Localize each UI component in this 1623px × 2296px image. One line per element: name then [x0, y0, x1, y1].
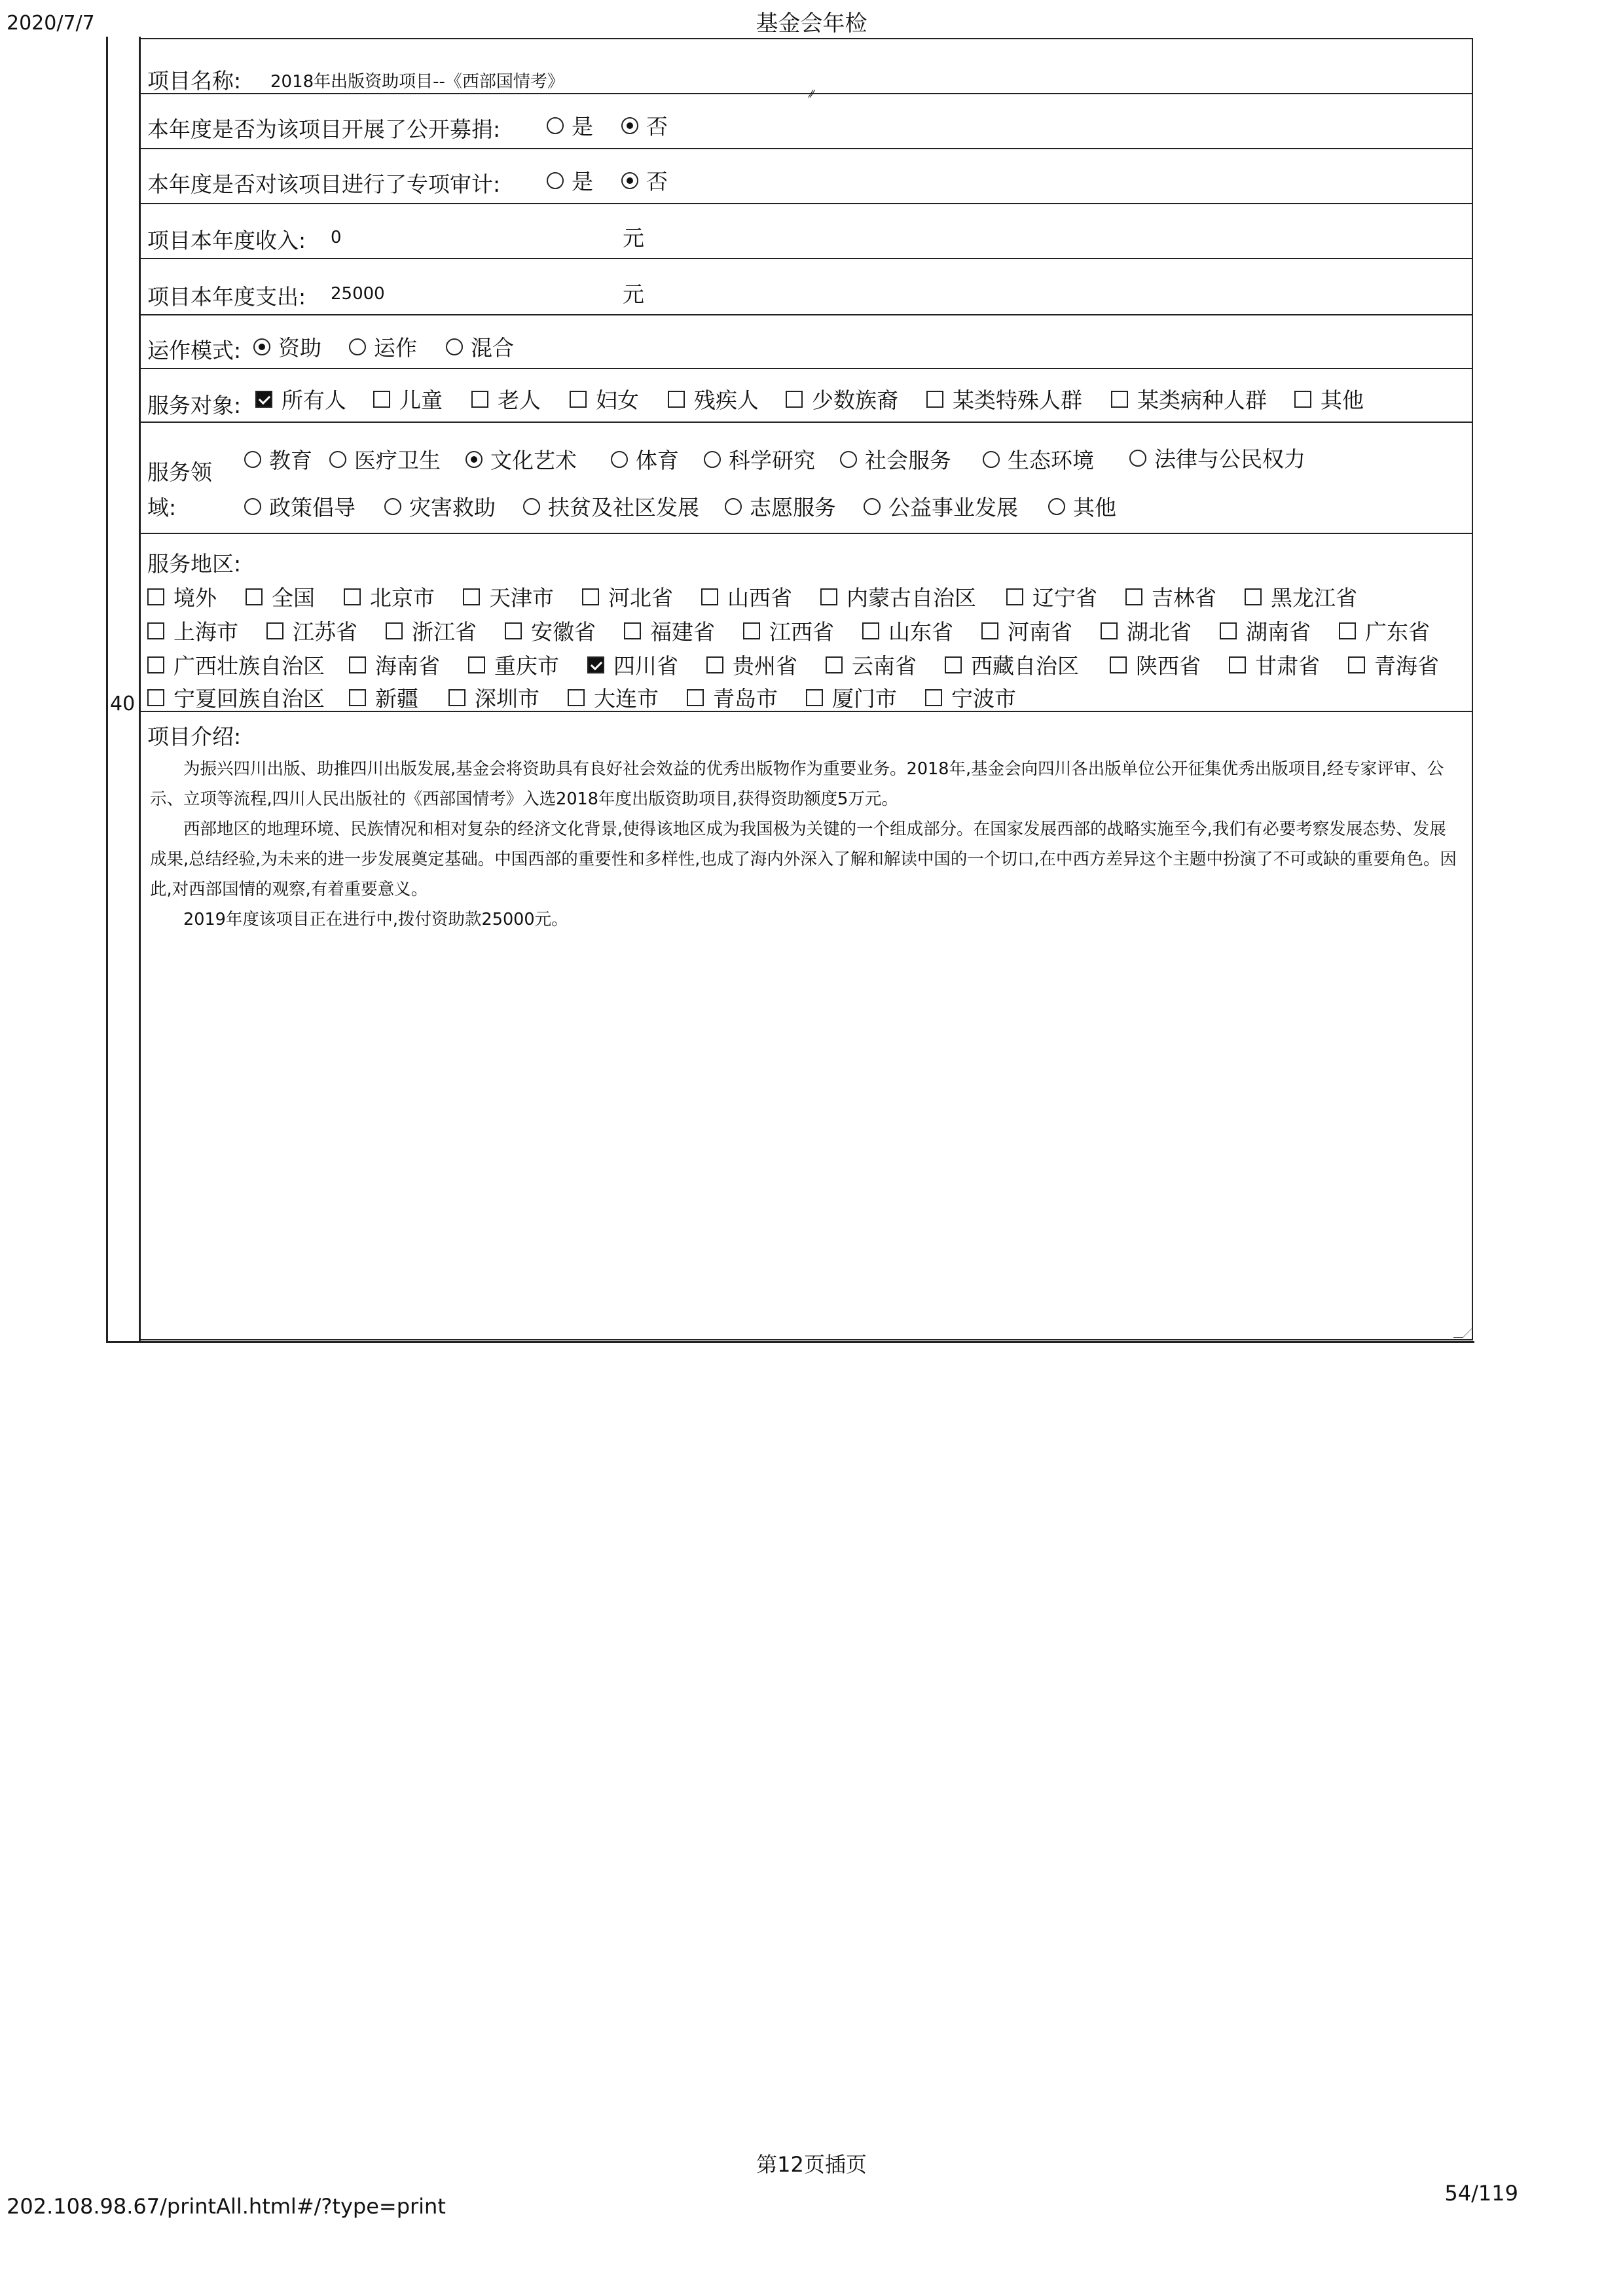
checkbox-xiamen[interactable]: 厦门市	[806, 682, 897, 713]
checkbox-icon	[468, 656, 485, 673]
checkbox-icon	[1229, 656, 1246, 673]
checkbox-nationwide[interactable]: 全国	[246, 581, 315, 612]
radio-education[interactable]: 教育	[244, 444, 312, 475]
project-name-label: 项目名称:	[147, 64, 241, 95]
introduction-row: 项目介绍: 为振兴四川出版、助推四川出版发展,基金会将资助具有良好社会效益的优秀…	[141, 712, 1472, 1340]
resize-handle-icon[interactable]	[1453, 1328, 1473, 1338]
checkbox-icon	[471, 391, 488, 408]
bottom-border	[106, 1341, 1474, 1343]
radio-icon	[1048, 498, 1065, 515]
checkbox-checked-icon	[255, 391, 272, 408]
checkbox-checked-icon	[587, 656, 604, 673]
outer-border	[106, 37, 108, 1343]
radio-icon	[547, 117, 564, 134]
radio-disaster-relief[interactable]: 灾害救助	[384, 491, 496, 522]
radio-no[interactable]: 否	[621, 110, 668, 141]
checkbox-zhejiang[interactable]: 浙江省	[386, 615, 477, 646]
checkbox-hebei[interactable]: 河北省	[582, 581, 673, 612]
checkbox-inner-mongolia[interactable]: 内蒙古自治区	[820, 581, 976, 612]
checkbox-gansu[interactable]: 甘肃省	[1229, 649, 1320, 680]
checkbox-icon	[624, 622, 641, 639]
service-target-label: 服务对象:	[147, 389, 241, 420]
checkbox-icon	[1110, 656, 1127, 673]
checkbox-anhui[interactable]: 安徽省	[505, 615, 596, 646]
checkbox-shaanxi[interactable]: 陕西省	[1110, 649, 1201, 680]
intro-paragraph: 为振兴四川出版、助推四川出版发展,基金会将资助具有良好社会效益的优秀出版物作为重…	[150, 754, 1459, 814]
expense-row: 项目本年度支出: 25000 元	[141, 259, 1472, 315]
public-fundraising-row: 本年度是否为该项目开展了公开募捐: 是 否	[141, 94, 1472, 149]
checkbox-icon	[349, 689, 366, 706]
radio-icon	[384, 498, 401, 515]
checkbox-icon	[1006, 588, 1023, 605]
checkbox-other[interactable]: 其他	[1294, 384, 1364, 414]
expense-field[interactable]: 25000	[331, 284, 385, 304]
checkbox-icon	[701, 588, 718, 605]
checkbox-special-groups[interactable]: 某类特殊人群	[926, 384, 1082, 414]
checkbox-icon	[862, 622, 879, 639]
income-row: 项目本年度收入: 0 元	[141, 204, 1472, 259]
checkbox-icon	[926, 391, 943, 408]
radio-other[interactable]: 其他	[1048, 491, 1116, 522]
checkbox-ethnic-minorities[interactable]: 少数族裔	[786, 384, 898, 414]
checkbox-icon	[826, 656, 843, 673]
checkbox-guizhou[interactable]: 贵州省	[706, 649, 797, 680]
radio-icon	[983, 451, 1000, 468]
radio-culture-arts[interactable]: 文化艺术	[465, 444, 577, 475]
project-name-row: 项目名称: 2018年出版资助项目--《西部国情考》 ⁄⁄	[141, 39, 1472, 94]
checkbox-ningxia[interactable]: 宁夏回族自治区	[147, 682, 325, 713]
intro-paragraph: 西部地区的地理环境、民族情况和相对复杂的经济文化背景,使得该地区成为我国极为关键…	[150, 814, 1459, 905]
page-url: 202.108.98.67/printAll.html#/?type=print	[7, 2194, 446, 2219]
checkbox-sichuan[interactable]: 四川省	[587, 649, 678, 680]
radio-icon	[244, 498, 261, 515]
checkbox-elderly[interactable]: 老人	[471, 384, 541, 414]
radio-mixed[interactable]: 混合	[446, 331, 514, 362]
operation-mode-row: 运作模式: 资助 运作 混合	[141, 315, 1472, 369]
checkbox-icon	[266, 622, 283, 639]
checkbox-icon	[806, 689, 823, 706]
checkbox-liaoning[interactable]: 辽宁省	[1006, 581, 1097, 612]
checkbox-icon	[568, 689, 585, 706]
checkbox-icon	[386, 622, 403, 639]
special-audit-label: 本年度是否对该项目进行了专项审计:	[147, 168, 500, 198]
checkbox-shanghai[interactable]: 上海市	[147, 615, 238, 646]
checkbox-icon	[1339, 622, 1356, 639]
checkbox-icon	[945, 656, 962, 673]
checkbox-guangdong[interactable]: 广东省	[1339, 615, 1430, 646]
checkbox-disease-groups[interactable]: 某类病种人群	[1111, 384, 1267, 414]
checkbox-icon	[981, 622, 998, 639]
service-target-row: 服务对象: 所有人 儿童 老人 妇女 残疾人 少数族裔 某类特殊人群 某类病种人…	[141, 369, 1472, 423]
checkbox-hubei[interactable]: 湖北省	[1101, 615, 1192, 646]
radio-policy-advocacy[interactable]: 政策倡导	[244, 491, 356, 522]
radio-icon	[611, 451, 628, 468]
checkbox-fujian[interactable]: 福建省	[624, 615, 715, 646]
checkbox-beijing[interactable]: 北京市	[344, 581, 435, 612]
checkbox-disabled[interactable]: 残疾人	[668, 384, 759, 414]
checkbox-icon	[786, 391, 803, 408]
introduction-label: 项目介绍:	[147, 720, 241, 751]
checkbox-icon	[743, 622, 760, 639]
checkbox-qingdao[interactable]: 青岛市	[687, 682, 778, 713]
radio-icon	[840, 451, 857, 468]
public-fundraising-label: 本年度是否为该项目开展了公开募捐:	[147, 113, 500, 143]
checkbox-icon	[687, 689, 704, 706]
radio-social-services[interactable]: 社会服务	[840, 444, 951, 475]
special-audit-row: 本年度是否对该项目进行了专项审计: 是 否	[141, 149, 1472, 204]
checkbox-shenzhen[interactable]: 深圳市	[448, 682, 539, 713]
radio-icon	[864, 498, 881, 515]
radio-ecology[interactable]: 生态环境	[983, 444, 1094, 475]
radio-operating[interactable]: 运作	[349, 331, 417, 362]
intro-paragraph: 2019年度该项目正在进行中,拨付资助款25000元。	[150, 905, 1459, 935]
radio-sports[interactable]: 体育	[611, 444, 679, 475]
checkbox-shandong[interactable]: 山东省	[862, 615, 953, 646]
checkbox-icon	[706, 656, 723, 673]
checkbox-hainan[interactable]: 海南省	[349, 649, 440, 680]
checkbox-icon	[820, 588, 837, 605]
radio-icon	[446, 338, 463, 355]
checkbox-icon	[1294, 391, 1311, 408]
radio-no[interactable]: 否	[621, 165, 668, 196]
service-field-label: 服务领	[147, 456, 212, 486]
radio-selected-icon	[253, 338, 270, 355]
checkbox-icon	[1348, 656, 1365, 673]
radio-yes[interactable]: 是	[547, 165, 593, 196]
checkbox-overseas[interactable]: 境外	[147, 581, 217, 612]
checkbox-icon	[570, 391, 587, 408]
radio-volunteer[interactable]: 志愿服务	[725, 491, 836, 522]
radio-icon	[547, 172, 564, 189]
checkbox-ningbo[interactable]: 宁波市	[925, 682, 1016, 713]
checkbox-tianjin[interactable]: 天津市	[463, 581, 554, 612]
radio-icon	[1129, 450, 1146, 467]
checkbox-everyone[interactable]: 所有人	[255, 384, 346, 414]
checkbox-icon	[1245, 588, 1262, 605]
checkbox-icon	[1111, 391, 1128, 408]
checkbox-heilongjiang[interactable]: 黑龙江省	[1245, 581, 1357, 612]
checkbox-icon	[668, 391, 685, 408]
radio-icon	[329, 451, 346, 468]
checkbox-shanxi[interactable]: 山西省	[701, 581, 792, 612]
form-sheet: 40 项目名称: 2018年出版资助项目--《西部国情考》 ⁄⁄ 本年度是否为该…	[106, 37, 1474, 1343]
checkbox-icon	[147, 656, 164, 673]
project-form: 项目名称: 2018年出版资助项目--《西部国情考》 ⁄⁄ 本年度是否为该项目开…	[141, 38, 1473, 1340]
page-counter: 54/119	[1444, 2181, 1518, 2206]
page-title: 基金会年检	[0, 5, 1623, 37]
radio-icon	[523, 498, 540, 515]
checkbox-jiangxi[interactable]: 江西省	[743, 615, 834, 646]
checkbox-icon	[246, 588, 263, 605]
checkbox-icon	[147, 689, 164, 706]
radio-icon	[349, 338, 366, 355]
checkbox-women[interactable]: 妇女	[570, 384, 639, 414]
expense-label: 项目本年度支出:	[147, 280, 306, 311]
radio-selected-icon	[621, 117, 638, 134]
insert-page-label: 第12页插页	[0, 2148, 1623, 2178]
radio-yes[interactable]: 是	[547, 110, 593, 141]
checkbox-icon	[463, 588, 480, 605]
radio-icon	[704, 451, 721, 468]
checkbox-icon	[1220, 622, 1237, 639]
checkbox-jiangsu[interactable]: 江苏省	[266, 615, 357, 646]
checkbox-dalian[interactable]: 大连市	[568, 682, 659, 713]
checkbox-icon	[1125, 588, 1142, 605]
checkbox-henan[interactable]: 河南省	[981, 615, 1072, 646]
row-number: 40	[110, 692, 135, 715]
service-field-label-cont: 域:	[147, 491, 176, 522]
radio-selected-icon	[465, 451, 483, 468]
operation-mode-label: 运作模式:	[147, 334, 241, 365]
checkbox-icon	[582, 588, 599, 605]
radio-science[interactable]: 科学研究	[704, 444, 815, 475]
checkbox-chongqing[interactable]: 重庆市	[468, 649, 559, 680]
income-field[interactable]: 0	[331, 228, 342, 247]
checkbox-hunan[interactable]: 湖南省	[1220, 615, 1311, 646]
radio-public-welfare[interactable]: 公益事业发展	[864, 491, 1018, 522]
checkbox-icon	[448, 689, 465, 706]
radio-law-civil-rights[interactable]: 法律与公民权力	[1129, 442, 1305, 473]
checkbox-jilin[interactable]: 吉林省	[1125, 581, 1216, 612]
checkbox-qinghai[interactable]: 青海省	[1348, 649, 1439, 680]
checkbox-guangxi[interactable]: 广西壮族自治区	[147, 649, 325, 680]
checkbox-icon	[349, 656, 366, 673]
expense-unit: 元	[623, 278, 644, 308]
radio-icon	[244, 451, 261, 468]
checkbox-tibet[interactable]: 西藏自治区	[945, 649, 1079, 680]
checkbox-xinjiang[interactable]: 新疆	[349, 682, 418, 713]
checkbox-icon	[344, 588, 361, 605]
checkbox-icon	[147, 622, 164, 639]
checkbox-icon	[373, 391, 390, 408]
radio-funding[interactable]: 资助	[253, 331, 321, 362]
income-label: 项目本年度收入:	[147, 224, 306, 255]
radio-healthcare[interactable]: 医疗卫生	[329, 444, 441, 475]
project-name-field[interactable]: 2018年出版资助项目--《西部国情考》	[270, 68, 564, 92]
checkbox-icon	[925, 689, 942, 706]
income-unit: 元	[623, 221, 644, 252]
checkbox-icon	[147, 588, 164, 605]
service-field-row: 服务领 域: 教育 医疗卫生 文化艺术 体育 科学研究 社会服务 生态环境 法律…	[141, 423, 1472, 534]
service-region-label: 服务地区:	[147, 547, 241, 578]
service-region-row: 服务地区: 境外 全国 北京市 天津市 河北省 山西省 内蒙古自治区 辽宁省 吉…	[141, 534, 1472, 712]
checkbox-icon	[505, 622, 522, 639]
checkbox-icon	[1101, 622, 1118, 639]
checkbox-yunnan[interactable]: 云南省	[826, 649, 917, 680]
radio-selected-icon	[621, 172, 638, 189]
radio-poverty-community[interactable]: 扶贫及社区发展	[523, 491, 699, 522]
checkbox-children[interactable]: 儿童	[373, 384, 443, 414]
introduction-textarea[interactable]: 为振兴四川出版、助推四川出版发展,基金会将资助具有良好社会效益的优秀出版物作为重…	[150, 754, 1459, 935]
radio-icon	[725, 498, 742, 515]
